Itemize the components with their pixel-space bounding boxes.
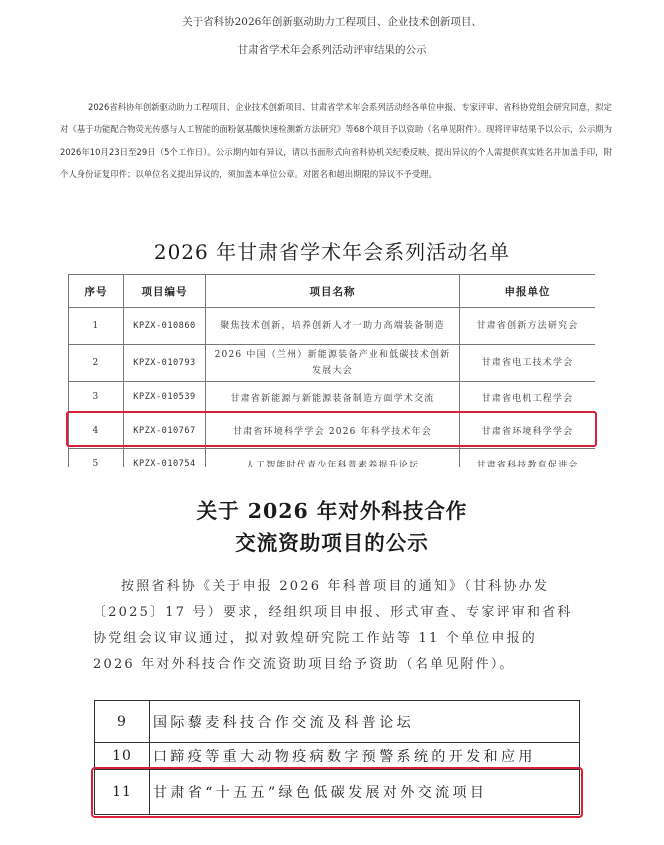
- cell-unit: 甘肃省电机工程学会: [460, 382, 596, 413]
- cell-no: 9: [95, 701, 150, 743]
- cell-no: 10: [95, 743, 150, 770]
- cell-code: KPZX-010793: [124, 345, 206, 382]
- table-header-row: 序号 项目编号 项目名称 申报单位: [69, 275, 596, 308]
- cell-unit: 甘肃省科技教育促进会: [460, 449, 596, 468]
- cell-name: 口蹄疫等重大动物疫病数字预警系统的开发和应用: [150, 743, 580, 770]
- cooperation-title-line1: 关于 2026 年对外科技合作: [0, 494, 664, 524]
- cell-no: 2: [69, 345, 124, 382]
- notice-title-line1: 关于省科协2026年创新驱动助力工程项目、企业技术创新项目、: [0, 14, 664, 29]
- cell-code: KPZX-010860: [124, 308, 206, 345]
- notice-body: 2026省科协年创新驱动助力工程项目、企业技术创新项目、甘肃省学术年会系列活动经…: [60, 96, 612, 185]
- table-row: 1 KPZX-010860 聚焦技术创新，培养创新人才一助力高端装备制造 甘肃省…: [69, 308, 596, 345]
- cell-name: 聚焦技术创新，培养创新人才一助力高端装备制造: [206, 308, 460, 345]
- cell-name: 2026 中国（兰州）新能源装备产业和低碳技术创新发展大会: [206, 345, 460, 382]
- notice-title-line2: 甘肃省学术年会系列活动评审结果的公示: [0, 42, 664, 57]
- highlight-box-row-4: [66, 411, 597, 447]
- column-header-unit: 申报单位: [460, 275, 596, 308]
- column-header-no: 序号: [69, 275, 124, 308]
- cell-code: KPZX-010539: [124, 382, 206, 413]
- cell-name: 人工智能时代青少年科普素养提升论坛: [206, 449, 460, 468]
- activity-list-title: 2026 年甘肃省学术年会系列活动名单: [0, 236, 664, 265]
- cell-no: 5: [69, 449, 124, 468]
- column-header-code: 项目编号: [124, 275, 206, 308]
- cooperation-paragraph: 按照省科协《关于申报 2026 年科普项目的通知》（甘科协办发〔2025〕17 …: [93, 574, 583, 678]
- table-row: 5 KPZX-010754 人工智能时代青少年科普素养提升论坛 甘肃省科技教育促…: [69, 449, 596, 468]
- cooperation-title-line2: 交流资助项目的公示: [0, 526, 664, 556]
- table-row: 2 KPZX-010793 2026 中国（兰州）新能源装备产业和低碳技术创新发…: [69, 345, 596, 382]
- cooperation-body: 按照省科协《关于申报 2026 年科普项目的通知》（甘科协办发〔2025〕17 …: [93, 574, 583, 678]
- highlight-box-row-11: [91, 767, 583, 818]
- notice-paragraph: 2026省科协年创新驱动助力工程项目、企业技术创新项目、甘肃省学术年会系列活动经…: [60, 96, 612, 185]
- cell-no: 1: [69, 308, 124, 345]
- table-row: 10 口蹄疫等重大动物疫病数字预警系统的开发和应用: [95, 743, 580, 770]
- cell-name: 甘肃省新能源与新能源装备制造方面学术交流: [206, 382, 460, 413]
- table-row: 3 KPZX-010539 甘肃省新能源与新能源装备制造方面学术交流 甘肃省电机…: [69, 382, 596, 413]
- cell-unit: 甘肃省电工技术学会: [460, 345, 596, 382]
- cell-code: KPZX-010754: [124, 449, 206, 468]
- cell-name: 国际藜麦科技合作交流及科普论坛: [150, 701, 580, 743]
- table-row: 9 国际藜麦科技合作交流及科普论坛: [95, 701, 580, 743]
- cell-unit: 甘肃省创新方法研究会: [460, 308, 596, 345]
- cell-no: 3: [69, 382, 124, 413]
- column-header-name: 项目名称: [206, 275, 460, 308]
